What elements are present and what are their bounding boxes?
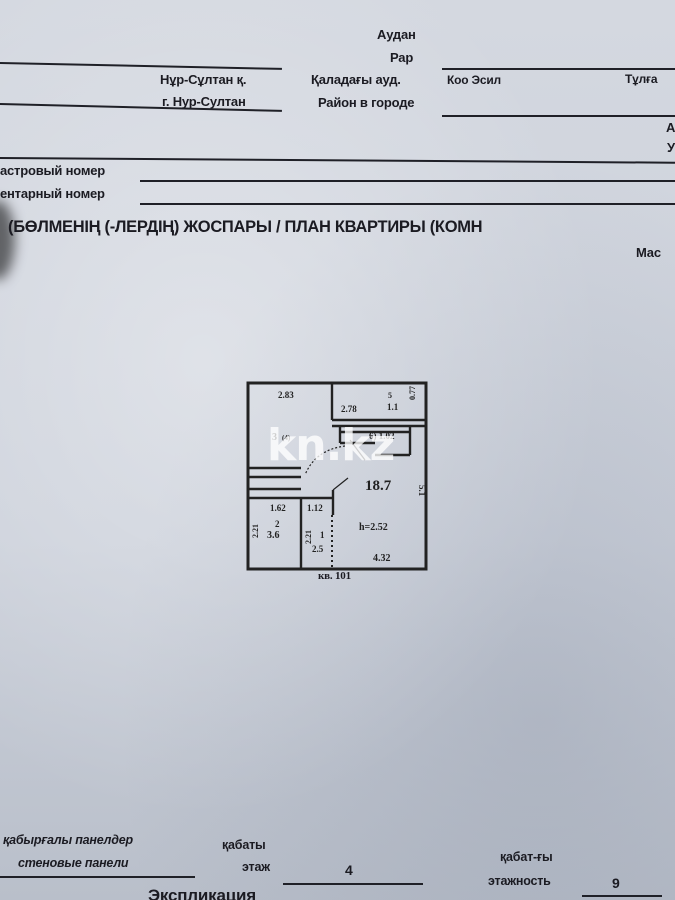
right-col-a: А bbox=[666, 120, 675, 135]
floor-field bbox=[283, 883, 423, 885]
room2-area: 3.6 bbox=[267, 530, 280, 541]
bottom-heading-partial: Экспликация bbox=[148, 886, 256, 900]
region-header-partial: Рар bbox=[390, 50, 413, 65]
wall-material-kz: қабырғалы панелдер bbox=[3, 833, 133, 847]
floors-field bbox=[582, 895, 662, 897]
room2-height: 2.21 bbox=[251, 524, 260, 538]
floors-label-kz: қабат-ғы bbox=[500, 850, 552, 864]
inventory-field bbox=[140, 203, 675, 205]
district-value: Коо Эсил bbox=[447, 73, 501, 87]
scale-label-partial: Мас bbox=[636, 245, 661, 260]
main-room-area: 18.7 bbox=[365, 478, 392, 494]
floor-label-kz: қабаты bbox=[222, 838, 265, 852]
floor-plan-drawing: 2.83 3 (4) 5 1.1 2.78 0.77 6) 1.02 18.7 … bbox=[245, 380, 430, 575]
hall-width: 1.12 bbox=[307, 503, 323, 513]
right-col-y: У bbox=[667, 140, 675, 155]
rule-district bbox=[442, 115, 675, 117]
room5-number: 5 bbox=[388, 391, 392, 400]
room5-height: 0.77 bbox=[408, 386, 417, 400]
watermark-logo: kn.kz bbox=[267, 420, 394, 471]
dim-top-left: 2.83 bbox=[278, 390, 294, 400]
hall-area: 2.5 bbox=[312, 544, 324, 554]
room5-width: 2.78 bbox=[341, 404, 357, 414]
inventory-label: ентарный номер bbox=[0, 186, 105, 201]
district-label-ru: Район в городе bbox=[318, 95, 414, 110]
cadastral-field bbox=[140, 180, 675, 182]
main-room-width: 4.32 bbox=[373, 553, 391, 564]
plan-title: (БӨЛМЕНІҢ (-ЛЕРДІҢ) ЖОСПАРЫ / ПЛАН КВАРТ… bbox=[8, 218, 482, 237]
floor-label-ru: этаж bbox=[242, 860, 270, 874]
right-header-partial: Тұлға bbox=[625, 72, 657, 86]
wall-material-ru: стеновые панели bbox=[18, 856, 128, 870]
hall-number: 1 bbox=[320, 530, 325, 540]
ceiling-height: h=2.52 bbox=[359, 522, 388, 533]
room2-number: 2 bbox=[275, 519, 280, 529]
district-label-kz: Қаладағы ауд. bbox=[311, 72, 401, 87]
floors-label-ru: этажность bbox=[488, 874, 551, 888]
wall-material-field bbox=[0, 876, 195, 878]
hall-height: 2.21 bbox=[304, 530, 313, 544]
main-room-height: 5.1 bbox=[417, 485, 427, 497]
city-kz: Нұр-Сұлтан қ. bbox=[160, 72, 246, 87]
floor-value: 4 bbox=[345, 862, 353, 878]
floor-plan: 2.83 3 (4) 5 1.1 2.78 0.77 6) 1.02 18.7 … bbox=[245, 380, 430, 575]
district-header-kz: Аудан bbox=[377, 27, 416, 42]
apartment-label: кв. 101 bbox=[318, 570, 351, 582]
room5-area: 1.1 bbox=[387, 402, 399, 412]
floors-value: 9 bbox=[612, 875, 620, 891]
rule-top-right bbox=[442, 68, 675, 70]
room2-width: 1.62 bbox=[270, 503, 286, 513]
cadastral-label: астровый номер bbox=[0, 163, 105, 178]
